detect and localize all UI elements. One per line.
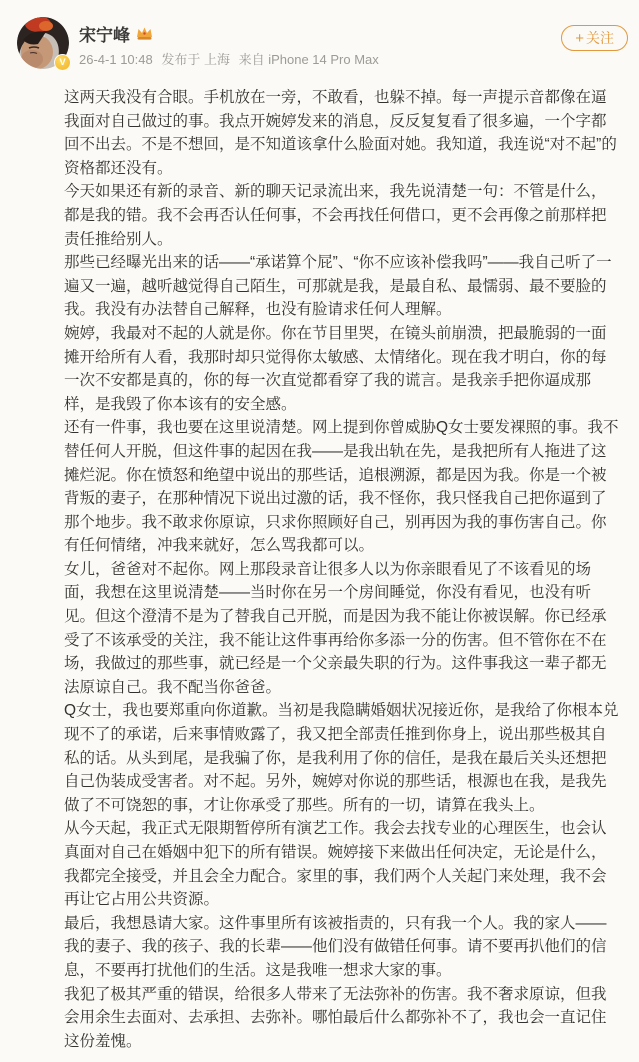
post-paragraph: 我犯了极其严重的错误，给很多人带来了无法弥补的伤害。我不奢求原谅，但我会用余生去…: [64, 983, 620, 1054]
post-location[interactable]: 发布于 上海: [161, 52, 230, 67]
follow-button-label: 关注: [586, 28, 614, 48]
follow-button[interactable]: + 关注: [561, 25, 628, 51]
post-timestamp: 26-4-1 10:48: [79, 52, 153, 67]
post-paragraph: 最后，我想恳请大家。这件事里所有该被指责的，只有我一个人。我的家人——我的妻子、…: [64, 912, 620, 983]
post-paragraph: 还有一件事，我也要在这里说清楚。网上提到你曾威胁Q女士要发裸照的事。我不替任何人…: [64, 416, 620, 558]
author-name-label: 宋宁峰: [79, 21, 130, 46]
plus-icon: +: [575, 30, 584, 47]
weibo-post: V 宋宁峰 26-4-1 10:48 发布于 上海 来自 iPhone 14 P…: [0, 0, 639, 1062]
verified-badge-icon: V: [54, 54, 71, 71]
post-source[interactable]: 来自 iPhone 14 Pro Max: [239, 52, 379, 67]
post-paragraph: 那些已经曝光出来的话——“承诺算个屁”、“你不应该补偿我吗”——我自己听了一遍又…: [64, 251, 620, 322]
post-paragraph: Q女士，我也要郑重向你道歉。当初是我隐瞒婚姻状况接近你，是我给了你根本兑现不了的…: [64, 699, 620, 817]
post-content: 这两天我没有合眼。手机放在一旁，不敢看，也躲不掉。每一声提示音都像在逼我面对自己…: [64, 86, 620, 1053]
post-paragraph: 婉婷，我最对不起的人就是你。你在节目里哭，在镜头前崩溃，把最脆弱的一面摊开给所有…: [64, 322, 620, 416]
post-paragraph: 今天如果还有新的录音、新的聊天记录流出来，我先说清楚一句：不管是什么，都是我的错…: [64, 180, 620, 251]
post-paragraph: 这两天我没有合眼。手机放在一旁，不敢看，也躲不掉。每一声提示音都像在逼我面对自己…: [64, 86, 620, 180]
author-name[interactable]: 宋宁峰: [79, 21, 153, 46]
crown-icon: [136, 26, 153, 41]
post-paragraph: 女儿，爸爸对不起你。网上那段录音让很多人以为你亲眼看见了不该看见的场面，我想在这…: [64, 558, 620, 700]
post-paragraph: 从今天起，我正式无限期暂停所有演艺工作。我会去找专业的心理医生，也会认真面对自己…: [64, 817, 620, 911]
avatar[interactable]: V: [17, 17, 69, 69]
post-meta: 26-4-1 10:48 发布于 上海 来自 iPhone 14 Pro Max: [79, 49, 384, 68]
